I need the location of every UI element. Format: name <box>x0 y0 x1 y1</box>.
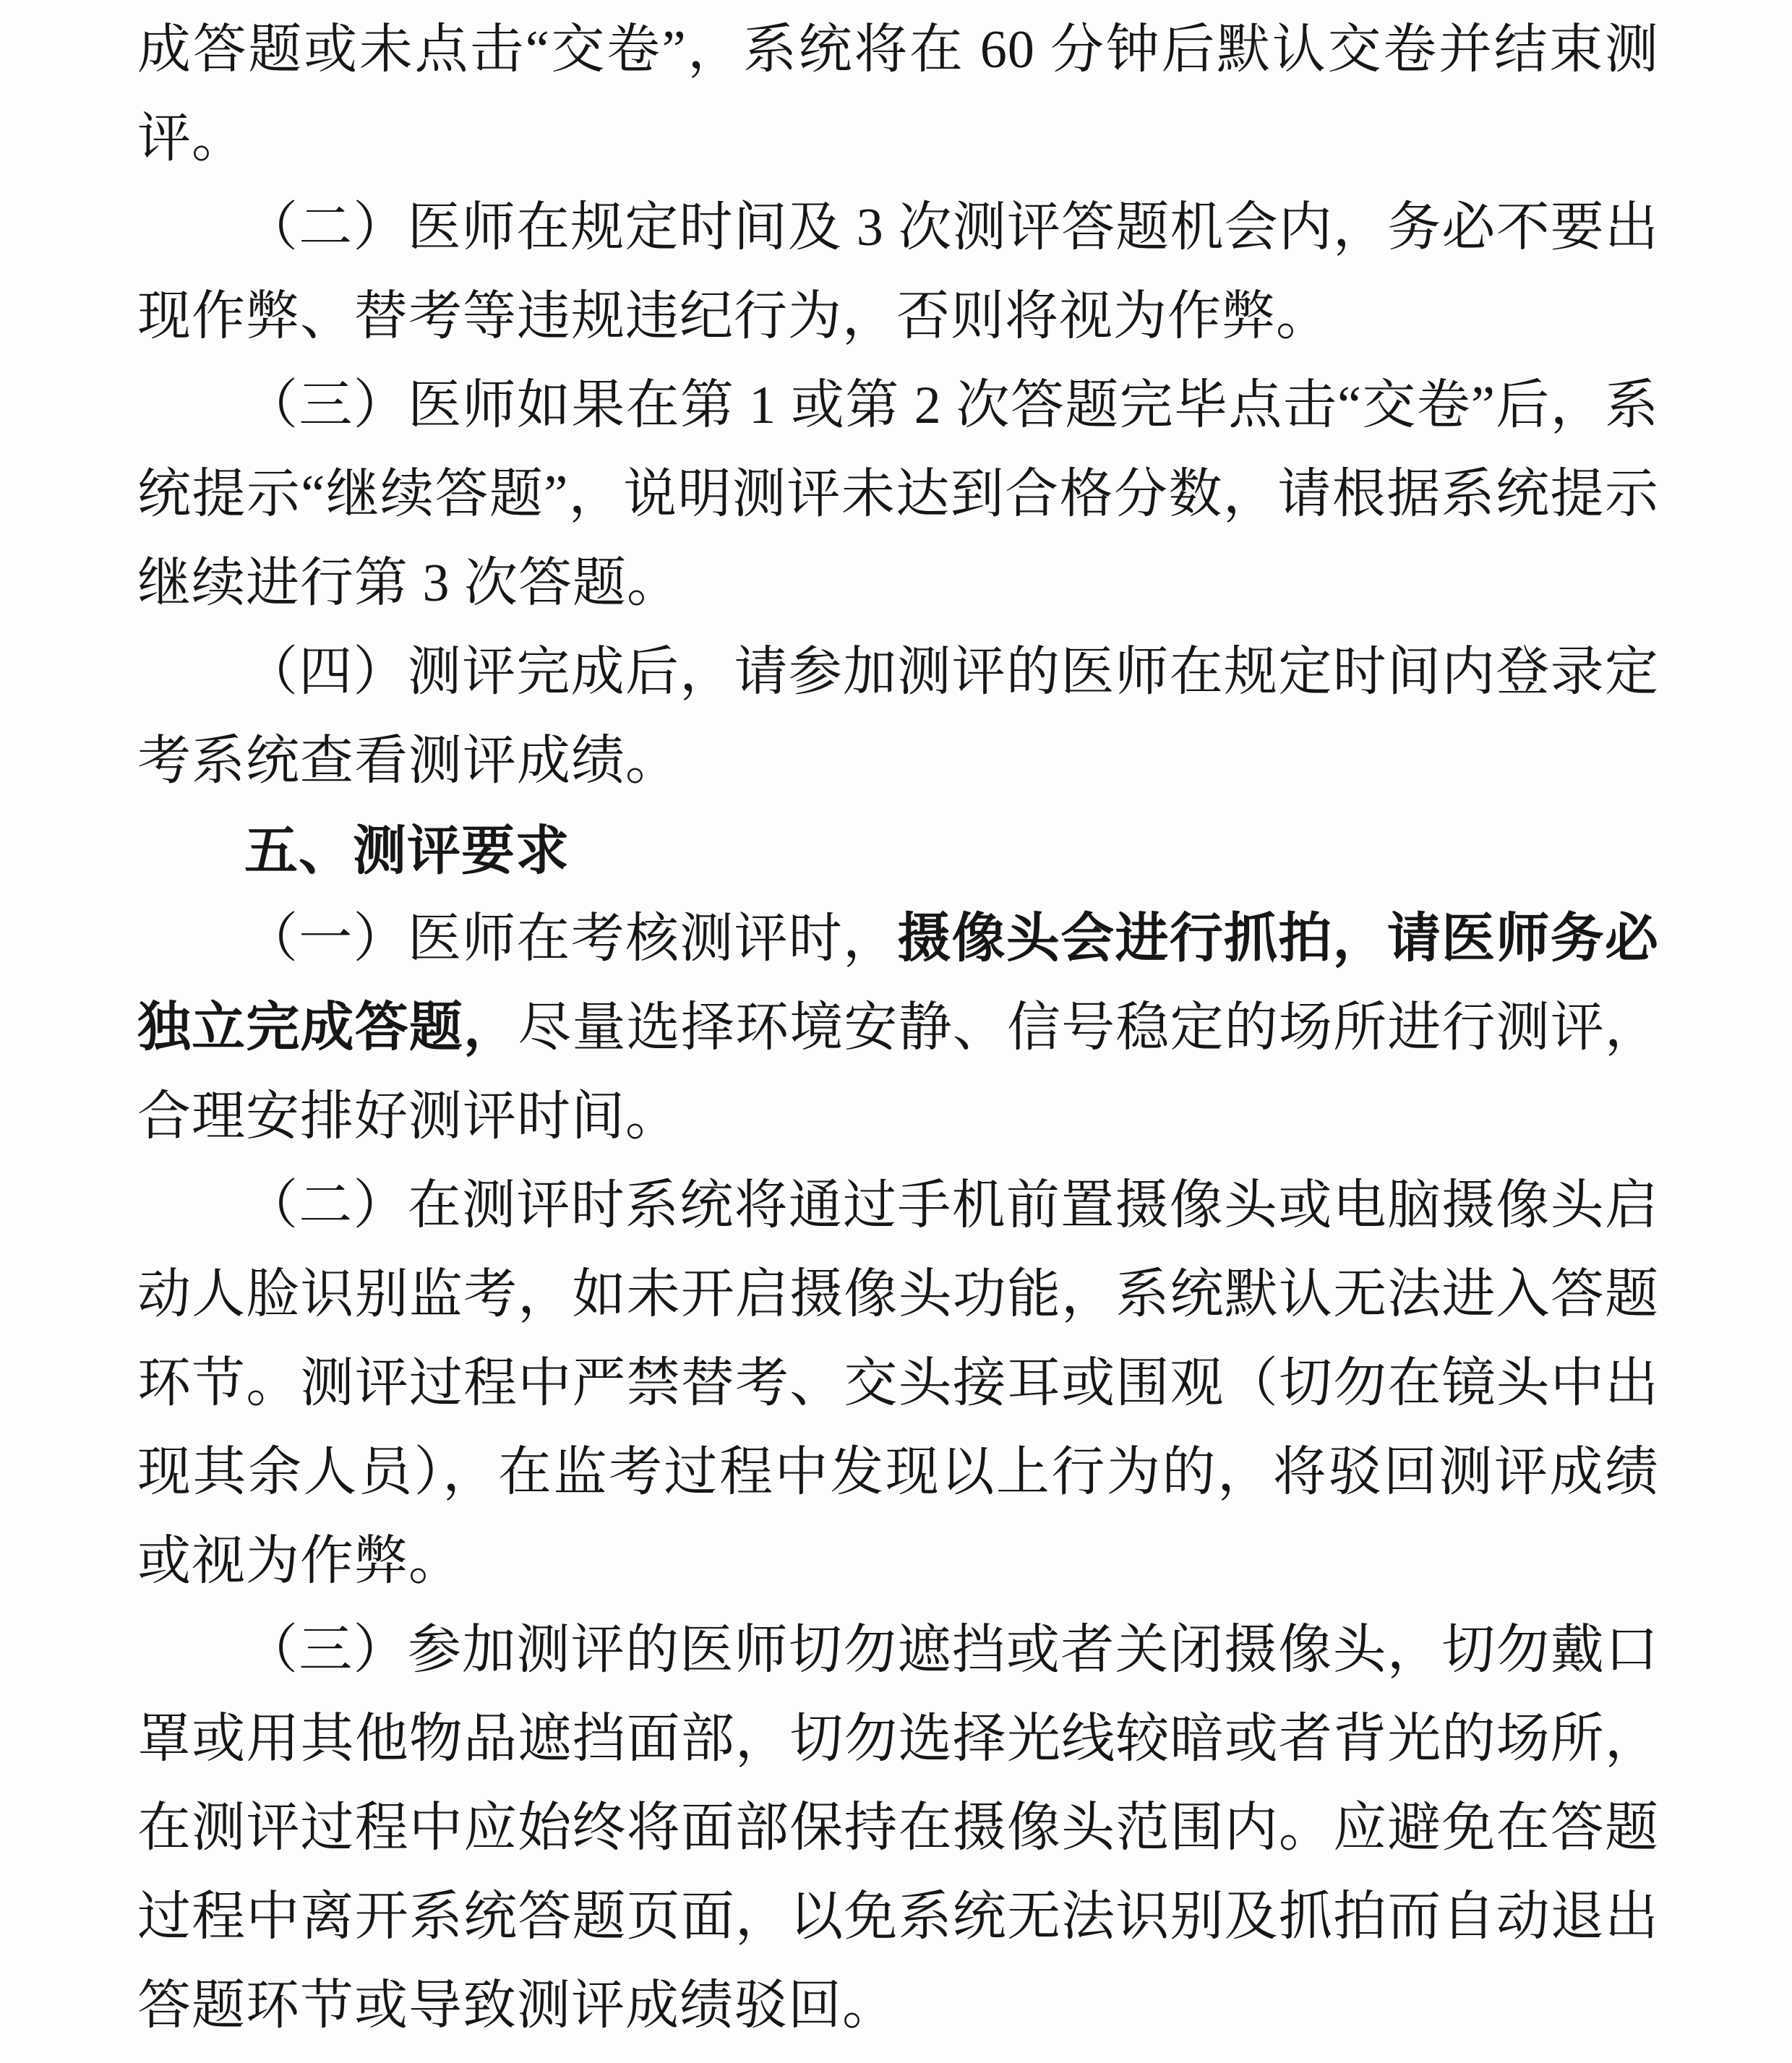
paragraph: （四）测评完成后，请参加测评的医师在规定时间内登录定考系统查看测评成绩。 <box>137 628 1659 806</box>
text-run: （二）在测评时系统将通过手机前置摄像头或电脑摄像头启动人脸识别监考，如未开启摄像… <box>137 1176 1659 1591</box>
paragraph: （二）医师在规定时间及 3 次测评答题机会内，务必不要出现作弊、替考等违规违纪行… <box>137 184 1659 361</box>
paragraph: （三）医师如果在第 1 或第 2 次答题完毕点击“交卷”后，系统提示“继续答题”… <box>137 361 1659 628</box>
paragraph: （一）医师在考核测评时，摄像头会进行抓拍，请医师务必独立完成答题，尽量选择环境安… <box>137 895 1659 1162</box>
text-run: （三）参加测评的医师切勿遮挡或者关闭摄像头，切勿戴口罩或用其他物品遮挡面部，切勿… <box>137 1621 1659 2036</box>
text-run: （一）医师在考核测评时， <box>244 909 897 969</box>
document-body: 成答题或未点击“交卷”，系统将在 60 分钟后默认交卷并结束测评。（二）医师在规… <box>0 0 1792 2063</box>
text-run: （二）医师在规定时间及 3 次测评答题机会内，务必不要出现作弊、替考等违规违纪行… <box>137 198 1659 346</box>
paragraph: （三）参加测评的医师切勿遮挡或者关闭摄像头，切勿戴口罩或用其他物品遮挡面部，切勿… <box>137 1606 1659 2051</box>
text-run: （四）测评完成后，请参加测评的医师在规定时间内登录定考系统查看测评成绩。 <box>137 643 1659 791</box>
section-heading: 五、测评要求 <box>137 806 1659 895</box>
document-page: 成答题或未点击“交卷”，系统将在 60 分钟后默认交卷并结束测评。（二）医师在规… <box>0 0 1792 2063</box>
bold-text-run: 五、测评要求 <box>244 820 570 880</box>
paragraph: （二）在测评时系统将通过手机前置摄像头或电脑摄像头启动人脸识别监考，如未开启摄像… <box>137 1162 1659 1606</box>
text-run: 成答题或未点击“交卷”，系统将在 60 分钟后默认交卷并结束测评。 <box>137 20 1659 168</box>
paragraph: 成答题或未点击“交卷”，系统将在 60 分钟后默认交卷并结束测评。 <box>137 6 1659 184</box>
text-run: （三）医师如果在第 1 或第 2 次答题完毕点击“交卷”后，系统提示“继续答题”… <box>137 376 1659 613</box>
